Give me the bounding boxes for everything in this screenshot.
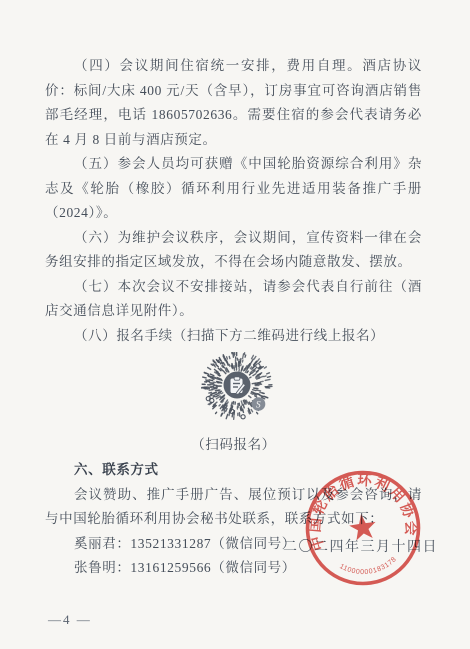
star-icon	[348, 512, 378, 541]
wechat-miniprogram-s-icon: S	[251, 397, 265, 411]
clipboard-pen-icon	[223, 372, 250, 399]
paragraph-item-7: （七）本次会议不安排接站，请参会代表自行前往（酒店交通信息详见附件）。	[45, 275, 422, 324]
page-number: —4 —	[48, 612, 92, 628]
scanned-document-page: （四）会议期间住宿统一安排，费用自理。酒店协议价：标间/大床 400 元/天（含…	[0, 0, 470, 649]
official-seal: 中国轮胎循环利用协会 11000000183178	[293, 458, 433, 598]
paragraph-item-8: （八）报名手续（扫描下方二维码进行线上报名）	[45, 324, 422, 349]
svg-text:中国轮胎循环利用协会: 中国轮胎循环利用协会	[298, 463, 422, 553]
paragraph-item-6: （六）为维护会议秩序，会议期间，宣传资料一律在会务组安排的指定区域发放，不得在会…	[45, 226, 422, 275]
paragraph-item-4: （四）会议期间住宿统一安排，费用自理。酒店协议价：标间/大床 400 元/天（含…	[45, 54, 422, 152]
qr-registration-block: S （扫码报名）	[45, 346, 422, 457]
qr-code-image: S	[201, 352, 273, 424]
paragraph-item-5: （五）参会人员均可获赠《中国轮胎资源综合利用》杂志及《轮胎（橡胶）循环利用行业先…	[45, 152, 422, 226]
seal-org-text: 中国轮胎循环利用协会	[298, 463, 422, 553]
qr-caption: （扫码报名）	[45, 433, 422, 458]
svg-text:S: S	[255, 400, 260, 410]
registration-qr-code: S	[201, 352, 273, 424]
